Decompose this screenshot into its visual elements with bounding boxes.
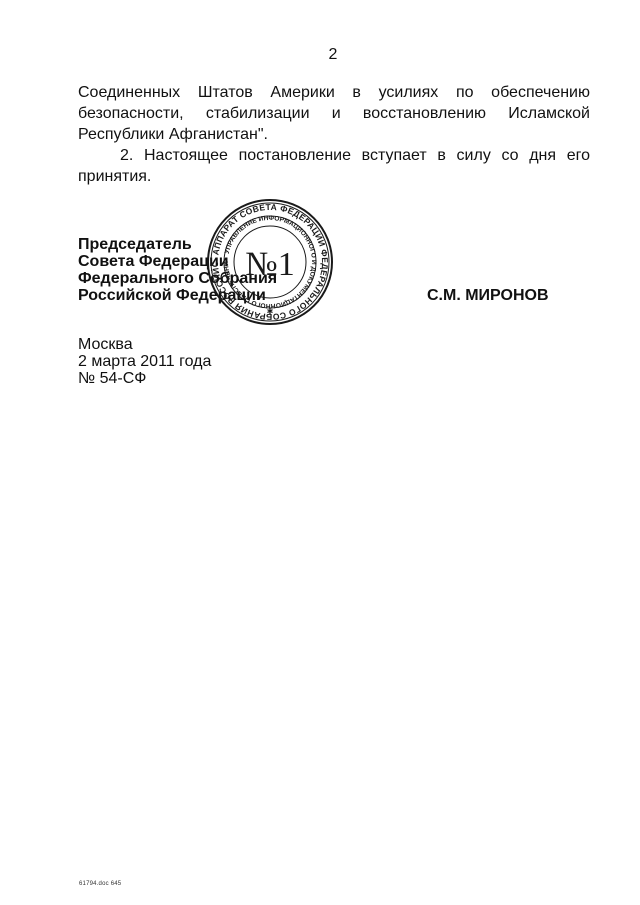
page-number: 2 xyxy=(0,46,640,64)
text-line: Соединенных Штатов Америки в усилиях по … xyxy=(78,82,590,103)
date: 2 марта 2011 года xyxy=(78,353,211,370)
text-line: 2. Настоящее постановление вступает в си… xyxy=(78,145,590,166)
seal-star-icon: ✱ xyxy=(267,307,274,316)
official-seal-stamp: АППАРАТ СОВЕТА ФЕДЕРАЦИИ ФЕДЕРАЛЬНОГО СО… xyxy=(206,198,334,326)
signatory-name: С.М. МИРОНОВ xyxy=(427,287,549,305)
text-line: Республики Афганистан". xyxy=(78,124,590,145)
place: Москва xyxy=(78,336,211,353)
text-line: безопасности, стабилизации и восстановле… xyxy=(78,103,590,124)
body-text: Соединенных Штатов Америки в усилиях по … xyxy=(78,82,590,187)
seal-icon: АППАРАТ СОВЕТА ФЕДЕРАЦИИ ФЕДЕРАЛЬНОГО СО… xyxy=(206,198,334,326)
seal-center-number: №1 xyxy=(245,246,294,283)
paragraph-item-2: 2. Настоящее постановление вступает в си… xyxy=(78,145,590,187)
paragraph-continuation: Соединенных Штатов Америки в усилиях по … xyxy=(78,82,590,145)
footer-file-code: 61794.doc 645 xyxy=(79,881,121,887)
document-number: № 54-СФ xyxy=(78,370,211,387)
place-date-block: Москва 2 марта 2011 года № 54-СФ xyxy=(78,336,211,387)
text-line: принятия. xyxy=(78,166,590,187)
